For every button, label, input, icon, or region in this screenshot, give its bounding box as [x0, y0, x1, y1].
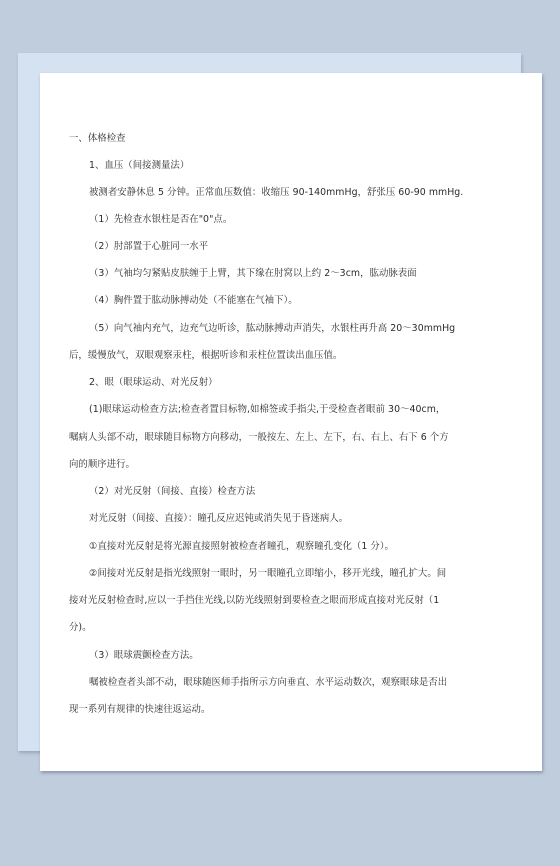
- section-heading: 一、体格检查: [69, 133, 126, 145]
- list-item: （5）向气袖内充气，边充气边听诊，肱动脉搏动声消失，水银柱再升高 20～30mm…: [89, 323, 455, 335]
- subsection-heading: 2、眼（眼球运动、对光反射）: [89, 377, 218, 389]
- list-item: （4）胸件置于肱动脉搏动处（不能塞在气袖下）。: [89, 295, 298, 307]
- list-item: （2）对光反射（间接、直接）检查方法: [89, 486, 255, 498]
- list-item: ①直接对光反射是将光源直接照射被检查者瞳孔，观察瞳孔变化（1 分）。: [89, 541, 394, 553]
- paragraph-line: 分)。: [69, 622, 92, 634]
- paragraph-line: 后，缓慢放气，双眼观察汞柱，根据听诊和汞柱位置读出血压值。: [69, 350, 342, 362]
- subsection-heading: 1、血压（间接测量法）: [89, 160, 189, 172]
- paragraph-line: 对光反射（间接、直接）：瞳孔反应迟钝或消失见于昏迷病人。: [89, 513, 348, 525]
- list-item: （3）眼球震颤检查方法。: [89, 650, 199, 662]
- paragraph-line: 向的顺序进行。: [69, 459, 135, 471]
- list-item: (1)眼球运动检查方法;检查者置目标物,如棉签或手指尖,于受检查者眼前 30～4…: [89, 404, 445, 416]
- paragraph-line: 被测者安静休息 5 分钟。正常血压数值：收缩压 90-140mmHg，舒张压 6…: [89, 187, 463, 199]
- paragraph-line: 嘱被检查者头部不动，眼球随医师手指所示方向垂直、水平运动数次，观察眼球是否出: [89, 677, 447, 689]
- paragraph-line: 接对光反射检查时,应以一手挡住光线,以防光线照射到要检查之眼而形成直接对光反射（…: [69, 595, 439, 607]
- document-page: 一、体格检查 1、血压（间接测量法） 被测者安静休息 5 分钟。正常血压数值：收…: [40, 73, 542, 771]
- paragraph-line: 现一系列有规律的快速往返运动。: [69, 704, 210, 716]
- list-item: （2）肘部置于心脏同一水平: [89, 241, 208, 253]
- list-item: （3）气袖均匀紧贴皮肤缠于上臂，其下缘在肘窝以上约 2～3cm，肱动脉表面: [89, 268, 417, 280]
- list-item: （1）先检查水银柱是否在"0"点。: [89, 214, 232, 226]
- list-item: ②间接对光反射是指光线照射一眼时，另一眼瞳孔立即缩小，移开光线，瞳孔扩大。间: [89, 568, 446, 580]
- paragraph-line: 嘱病人头部不动，眼球随目标物方向移动，一般按左、左上、左下，右、右上、右下 6 …: [69, 432, 449, 444]
